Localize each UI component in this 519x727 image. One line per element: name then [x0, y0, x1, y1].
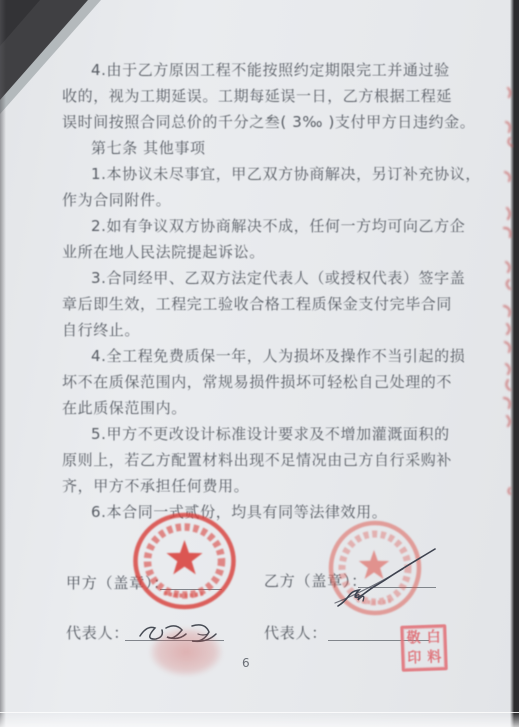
contract-text-line: 误时间按照合同总价的千分之叁( 3‰ )支付甲方日违约金。: [62, 109, 464, 135]
party-a-company-seal: [131, 511, 238, 616]
square-seal-char: 敬: [406, 629, 421, 647]
fingerprint-mark: [150, 628, 222, 676]
ink-bleed-marks: [496, 80, 516, 510]
contract-text-line: 4.由于乙方原因工程不能按照约定期限完工并通过验: [62, 57, 464, 83]
party-b-rep-label: 代表人：: [264, 622, 327, 643]
contract-text-line: 3.合同经甲、乙双方法定代表人（或授权代表）签字盖: [62, 265, 464, 291]
contract-body: 4.由于乙方原因工程不能按照约定期限完工并通过验 收的，视为工期延误。工期每延误…: [62, 57, 464, 525]
section-heading: 第七条 其他事项: [62, 135, 464, 161]
contract-text-line: 2.如有争议双方协商解决不成，任何一方均可向乙方企: [62, 213, 464, 239]
contract-text-line: 自行终止。: [62, 317, 464, 343]
contract-text-line: 业所在地人民法院提起诉讼。: [62, 239, 464, 265]
star-icon: [166, 540, 202, 574]
square-seal-char: 料: [427, 648, 442, 666]
contract-text-line: 齐，甲方不承担任何费用。: [62, 473, 464, 499]
square-seal-char: 白: [426, 628, 441, 646]
contract-text-line: 作为合同附件。: [62, 187, 464, 213]
contract-text-line: 坏不在质保范围内，常规易损件损坏可轻松自己处理的不: [62, 369, 464, 395]
contract-text-line: 原则上，若乙方配置材料出现不足情况由己方自行采购补: [62, 447, 464, 473]
scanned-contract-page: 4.由于乙方原因工程不能按照约定期限完工并通过验 收的，视为工期延误。工期每延误…: [0, 0, 519, 727]
contract-text-line: 1.本协议未尽事宜，甲乙双方协商解决，另订补充协议，: [62, 161, 464, 187]
party-b-representative-signature: [325, 540, 450, 615]
contract-text-line: 5.甲方不更改设计标准设计要求及不增加灌溉面积的: [62, 421, 464, 447]
contract-text-line: 在此质保范围内。: [62, 395, 464, 421]
scan-edge-bottom-highlight: [0, 712, 519, 727]
contract-text-line: 4.全工程免费质保一年，人为损坏及操作不当引起的损: [62, 343, 464, 369]
scan-edge-left-shadow: [0, 0, 6, 727]
party-a-rep-label: 代表人：: [66, 622, 129, 643]
square-seal-char: 印: [407, 649, 422, 667]
page-number: 6: [242, 656, 250, 670]
contract-text-line: 收的，视为工期延误。工期每延误一日，乙方根据工程延: [62, 83, 464, 109]
square-seal: 敬 白 印 料: [400, 624, 448, 672]
contract-text-line: 章后即生效，工程完工验收合格工程质保金支付完毕合同: [62, 291, 464, 317]
